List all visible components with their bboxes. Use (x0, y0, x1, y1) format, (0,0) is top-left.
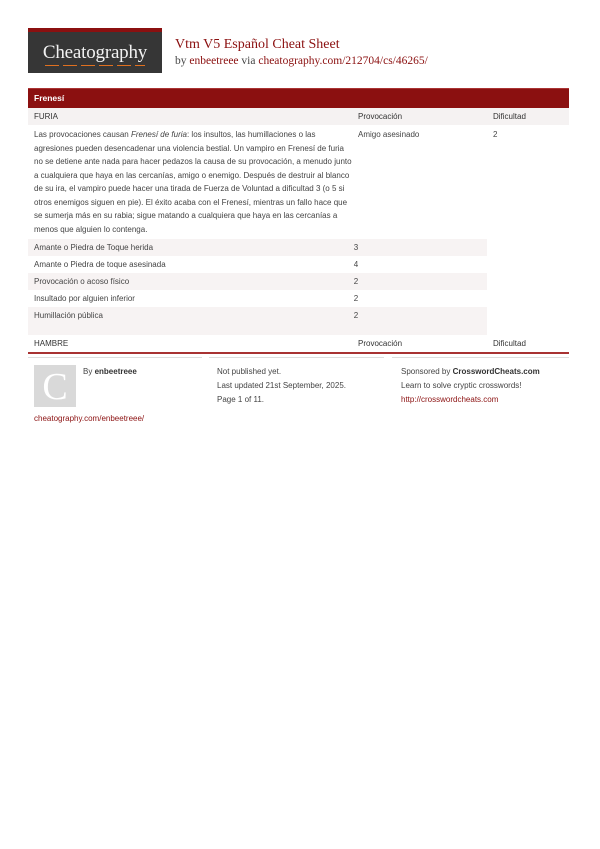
difficulty-cell: 2 (354, 309, 487, 323)
page-title: Vtm V5 Español Cheat Sheet (175, 37, 428, 53)
header-cell: FURIA (28, 108, 358, 125)
provocation-cell: Amante o Piedra de toque asesinada (28, 258, 354, 272)
table-row-description: Las provocaciones causan Frenesí de furi… (28, 125, 569, 239)
sponsor-tagline: Learn to solve cryptic crosswords! (401, 379, 569, 393)
header-cell: Dificultad (493, 108, 569, 125)
logo-underline (45, 65, 145, 66)
table-row: Provocación o acoso físico 2 (28, 273, 569, 290)
table-row: Amante o Piedra de Toque herida 3 (28, 239, 569, 256)
description-text: Las provocaciones causan Frenesí de furi… (28, 128, 358, 236)
footer-info-column: Not published yet. Last updated 21st Sep… (209, 357, 384, 407)
provocation-cell: Provocación o acoso físico (28, 275, 354, 289)
sponsor-line: Sponsored by CrosswordCheats.com (401, 365, 569, 379)
header-cell: Provocación (358, 108, 493, 125)
logo-text: Cheatography (43, 42, 147, 64)
table-header-furia: FURIA Provocación Dificultad (28, 108, 569, 125)
cheatography-logo[interactable]: Cheatography (28, 28, 162, 73)
provocation-cell: Amante o Piedra de Toque herida (28, 241, 354, 255)
provocation-cell: Insultado por alguien inferior (28, 292, 354, 306)
provocation-cell: Amigo asesinado (358, 128, 493, 236)
footer-author-column: C By enbeetreee cheatography.com/enbeetr… (28, 357, 202, 358)
header-cell: Dificultad (493, 335, 569, 352)
difficulty-cell: 4 (354, 258, 487, 272)
page-number: Page 1 of 11. (217, 393, 384, 407)
difficulty-cell: 2 (493, 128, 569, 236)
divider (28, 357, 202, 358)
publish-status: Not published yet. (217, 365, 384, 379)
sponsor-name[interactable]: CrosswordCheats.com (453, 367, 540, 376)
section-frenesi: Frenesí FURIA Provocación Dificultad Las… (28, 88, 569, 354)
header-cell: Provocación (358, 335, 493, 352)
author-link[interactable]: enbeetreee (189, 55, 238, 67)
section-header: Frenesí (28, 88, 569, 108)
table-row: Amante o Piedra de toque asesinada 4 (28, 256, 569, 273)
footer-author-link[interactable]: enbeetreee (95, 367, 137, 376)
byline: by enbeetreee via cheatography.com/21270… (175, 53, 428, 69)
footer-author: By enbeetreee (83, 367, 137, 376)
difficulty-cell: 2 (354, 275, 487, 289)
sponsor-link[interactable]: http://crosswordcheats.com (401, 393, 569, 407)
title-block: Vtm V5 Español Cheat Sheet by enbeetreee… (175, 37, 428, 69)
difficulty-cell: 2 (354, 292, 487, 306)
avatar[interactable]: C (34, 365, 76, 407)
difficulty-cell: 3 (354, 241, 487, 255)
profile-link[interactable]: cheatography.com/enbeetreee/ (34, 414, 144, 423)
last-updated: Last updated 21st September, 2025. (217, 379, 384, 393)
provocation-cell: Humillación pública (28, 309, 354, 323)
header-cell: HAMBRE (28, 335, 358, 352)
table-row: Humillación pública 2 (28, 307, 569, 335)
table-row: Insultado por alguien inferior 2 (28, 290, 569, 307)
sheet-url-link[interactable]: cheatography.com/212704/cs/46265/ (258, 55, 427, 67)
footer-sponsor-column: Sponsored by CrosswordCheats.com Learn t… (392, 357, 569, 407)
table-header-hambre: HAMBRE Provocación Dificultad (28, 335, 569, 354)
